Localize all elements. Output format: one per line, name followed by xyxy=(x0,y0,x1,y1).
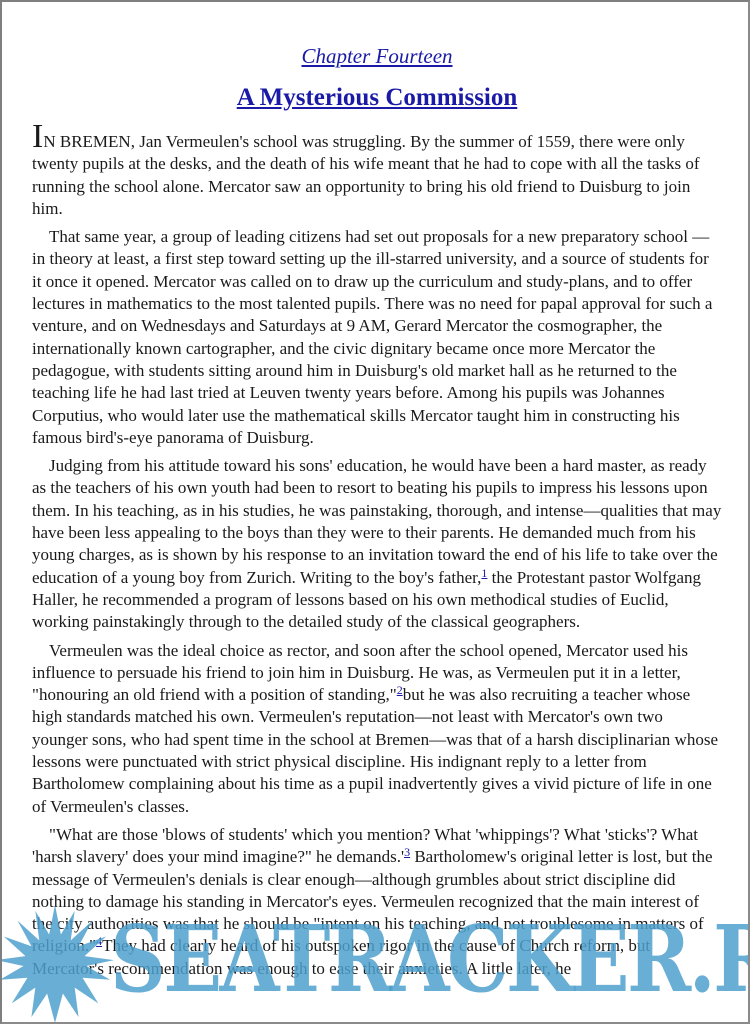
drop-cap: I xyxy=(32,118,43,155)
chapter-label-link[interactable]: Chapter Fourteen xyxy=(301,44,452,68)
paragraph-2: That same year, a group of leading citiz… xyxy=(32,226,722,449)
paragraph-3: Judging from his attitude toward his son… xyxy=(32,455,722,633)
paragraph-1: IN BREMEN, Jan Vermeulen's school was st… xyxy=(32,126,722,220)
paragraph-text: , Jan Vermeulen's school was struggling.… xyxy=(32,132,700,218)
chapter-title: A Mysterious Commission xyxy=(32,83,722,113)
chapter-title-link[interactable]: A Mysterious Commission xyxy=(237,84,518,111)
paragraph-4: Vermeulen was the ideal choice as rector… xyxy=(32,640,722,818)
paragraph-5: "What are those 'blows of students' whic… xyxy=(32,824,722,980)
paragraph-lead: N BREMEN xyxy=(43,132,130,151)
paragraph-text: but he was also recruiting a teacher who… xyxy=(32,685,718,815)
document-page: Chapter Fourteen A Mysterious Commission… xyxy=(0,0,750,1024)
paragraph-text: That same year, a group of leading citiz… xyxy=(32,227,712,447)
chapter-label: Chapter Fourteen xyxy=(32,43,722,69)
chapter-content: Chapter Fourteen A Mysterious Commission… xyxy=(32,2,722,980)
paragraph-text: They had clearly heard of his outspoken … xyxy=(32,936,650,977)
